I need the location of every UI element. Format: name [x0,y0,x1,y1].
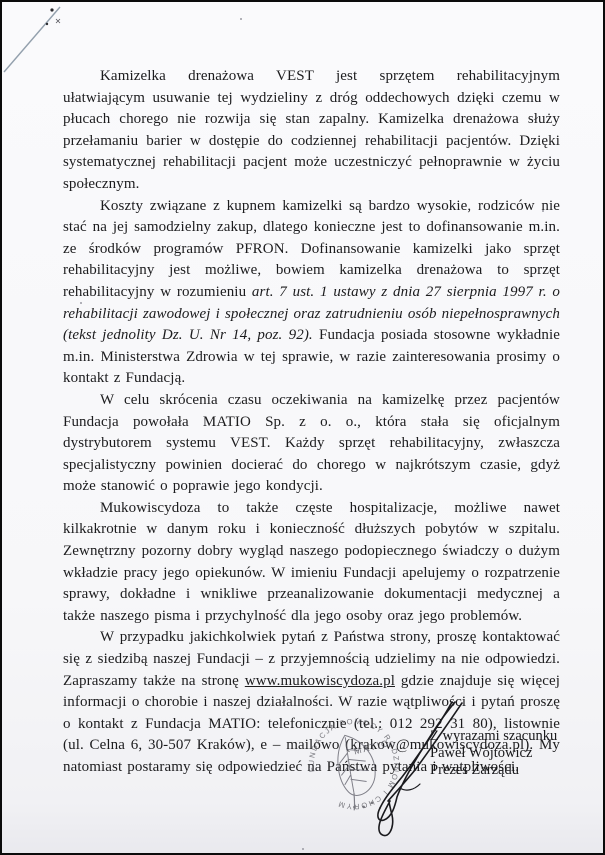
paragraph: Mukowiscydoza to także częste hospitaliz… [63,498,560,628]
paragraph: Koszty związane z kupnem kamizelki są ba… [63,196,560,390]
letter-body: Kamizelka drenażowa VEST jest sprzętem r… [63,66,560,779]
scan-speck [80,302,82,304]
scanned-letter-page: Kamizelka drenażowa VEST jest sprzętem r… [0,0,605,855]
paragraph: W celu skrócenia czasu oczekiwania na ka… [63,390,560,498]
pen-slash-icon [4,7,60,72]
scan-speck [542,210,544,212]
stamp-center-text: MATIO [353,738,391,757]
scan-speck [302,848,304,850]
paragraph: Kamizelka drenażowa VEST jest sprzętem r… [63,66,560,196]
signature-block: Z wyrazami szacunku Paweł Wójtowicz Prez… [430,728,557,779]
signatory-title: Prezes Zarządu [430,762,557,779]
text-run: Kamizelka drenażowa VEST jest sprzętem r… [63,68,560,192]
signature-closing: Z wyrazami szacunku [430,728,557,745]
text-run: W celu skrócenia czasu oczekiwania na ka… [63,392,560,494]
scan-speck [240,18,242,20]
signatory-name: Paweł Wójtowicz [430,745,557,762]
website-url-text: www.mukowiscydoza.pl [245,673,395,689]
text-run: Mukowiscydoza to także częste hospitaliz… [63,500,560,624]
